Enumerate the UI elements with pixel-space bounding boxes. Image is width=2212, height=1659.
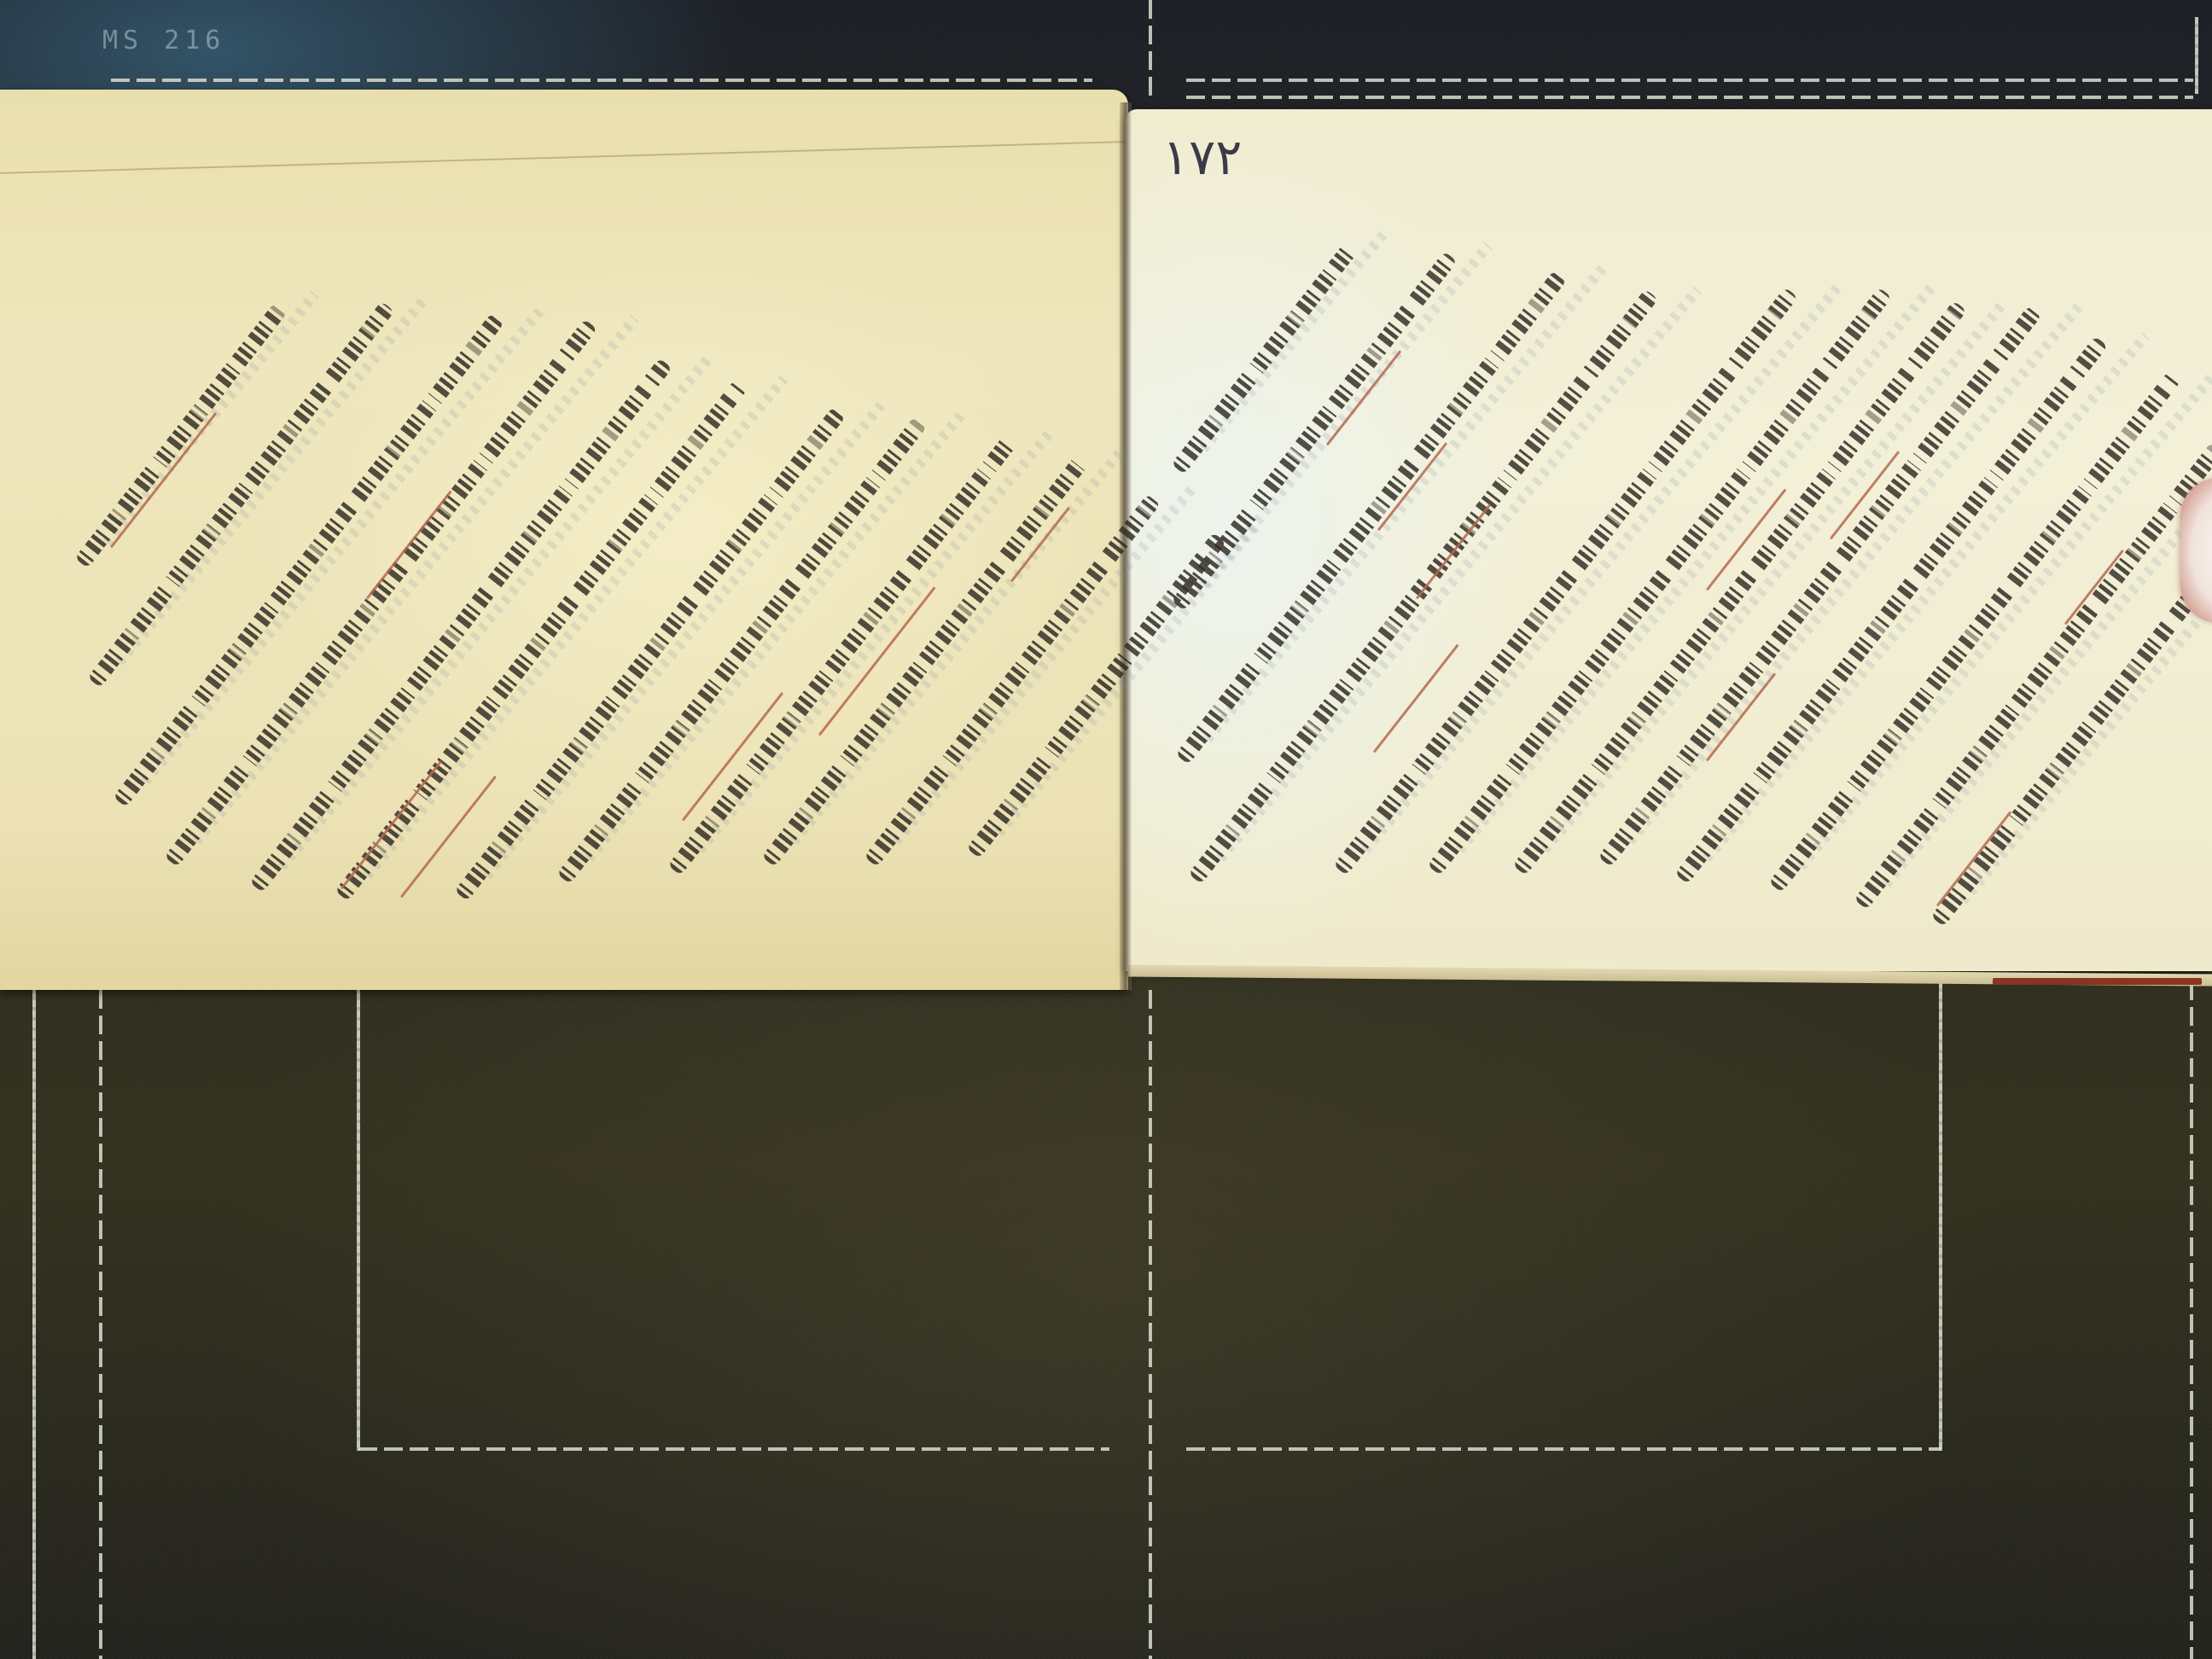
stitch-line-vertical: [32, 990, 36, 1659]
stitch-line-horizontal: [1186, 96, 2193, 99]
stitch-line-vertical: [1149, 0, 1152, 102]
red-binding-edge: [1993, 978, 2202, 985]
stitch-line-horizontal: [358, 1447, 1109, 1451]
stitch-line-horizontal: [111, 79, 1092, 82]
stitch-line-vertical: [99, 990, 102, 1659]
stitch-line-vertical: [2190, 981, 2193, 1659]
left-page-fold: [0, 90, 1128, 174]
shelfmark-label: MS 216: [102, 26, 225, 55]
stitch-line-vertical: [2195, 17, 2198, 94]
stitch-line-horizontal: [1186, 1447, 1941, 1451]
folio-number: ۱۷۲: [1162, 128, 1242, 186]
stitch-line-vertical: [1149, 990, 1152, 1659]
stitch-line-vertical: [1939, 981, 1942, 1451]
stitch-line-vertical: [357, 990, 360, 1451]
stitch-line-horizontal: [1186, 79, 2193, 82]
finger-holding-page: [2180, 478, 2212, 623]
